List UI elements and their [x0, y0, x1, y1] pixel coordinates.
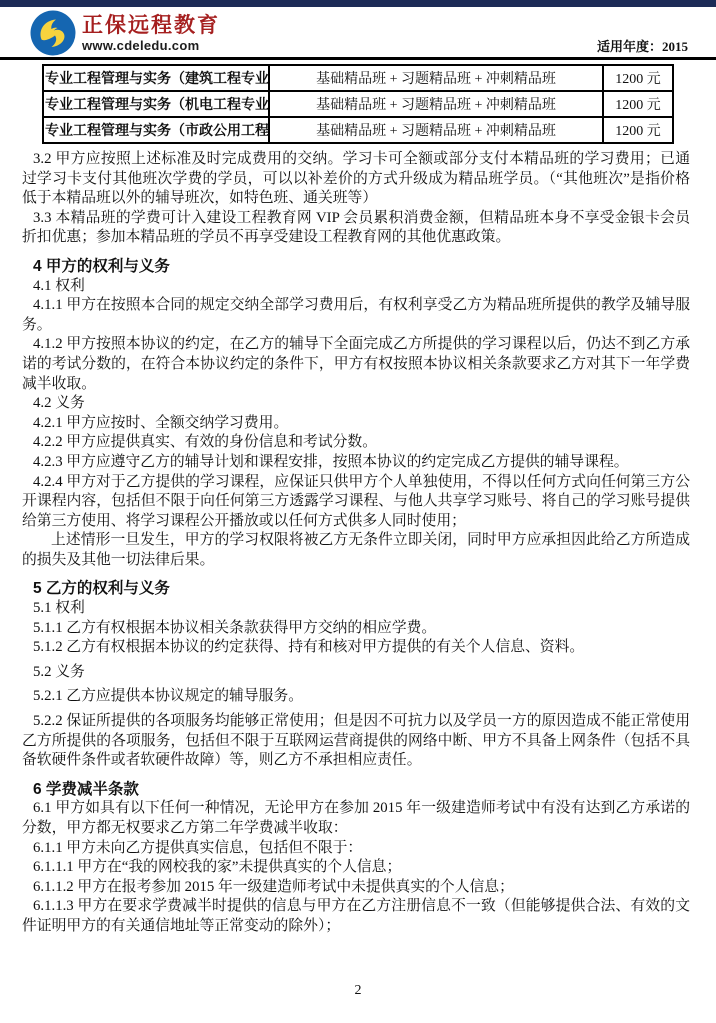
- brand-name: 正保远程教育: [82, 14, 220, 38]
- price-cell: 1200 元: [603, 117, 673, 143]
- paragraph: 4.2.4 甲方对于乙方提供的学习课程，应保证只供甲方个人单独使用，不得以任何方…: [22, 473, 690, 532]
- pricing-table: 专业工程管理与实务（建筑工程专业）基础精品班 + 习题精品班 + 冲刺精品班12…: [42, 64, 674, 144]
- course-name-cell: 专业工程管理与实务（建筑工程专业）: [43, 65, 269, 91]
- course-name-cell: 专业工程管理与实务（市政公用工程专业）: [43, 117, 269, 143]
- page-header: 正保远程教育 www.cdeledu.com 适用年度：2015: [0, 7, 716, 57]
- brand-block: 正保远程教育 www.cdeledu.com: [82, 14, 220, 54]
- price-cell: 1200 元: [603, 91, 673, 117]
- paragraph: 5.2 义务: [22, 663, 690, 683]
- top-accent-bar: [0, 0, 716, 7]
- paragraph: 3.3 本精品班的学费可计入建设工程教育网 VIP 会员累积消费金额，但精品班本…: [22, 209, 690, 248]
- paragraph: 4.1.2 甲方按照本协议的约定，在乙方的辅导下全面完成乙方所提供的学习课程以后…: [22, 335, 690, 394]
- table-row: 专业工程管理与实务（市政公用工程专业）基础精品班 + 习题精品班 + 冲刺精品班…: [43, 117, 673, 143]
- paragraph: 6.1 甲方如具有以下任何一种情况，无论甲方在参加 2015 年一级建造师考试中…: [22, 799, 690, 838]
- brand-url: www.cdeledu.com: [82, 38, 220, 54]
- paragraph: 上述情形一旦发生，甲方的学习权限将被乙方无条件立即关闭，同时甲方应承担因此给乙方…: [22, 531, 690, 570]
- paragraph: 3.2 甲方应按照上述标准及时完成费用的交纳。学习卡可全额或部分支付本精品班的学…: [22, 150, 690, 209]
- paragraph: 6.1.1.1 甲方在“我的网校我的家”未提供真实的个人信息；: [22, 858, 690, 878]
- page-number: 2: [0, 983, 716, 999]
- paragraph: 5.1.2 乙方有权根据本协议的约定获得、持有和核对甲方提供的有关个人信息、资料…: [22, 638, 690, 658]
- header-divider: [0, 57, 716, 60]
- class-package-cell: 基础精品班 + 习题精品班 + 冲刺精品班: [269, 65, 603, 91]
- section-heading: 4 甲方的权利与义务: [22, 257, 690, 277]
- class-package-cell: 基础精品班 + 习题精品班 + 冲刺精品班: [269, 117, 603, 143]
- paragraph: 5.1 权利: [22, 599, 690, 619]
- paragraph: 5.2.1 乙方应提供本协议规定的辅导服务。: [22, 687, 690, 707]
- paragraph: 4.1 权利: [22, 277, 690, 297]
- section-heading: 6 学费减半条款: [22, 780, 690, 800]
- paragraph: 4.2.3 甲方应遵守乙方的辅导计划和课程安排，按照本协议的约定完成乙方提供的辅…: [22, 453, 690, 473]
- section-heading: 5 乙方的权利与义务: [22, 579, 690, 599]
- paragraph: 6.1.1.3 甲方在要求学费减半时提供的信息与甲方在乙方注册信息不一致（但能够…: [22, 897, 690, 936]
- paragraph: 4.2.2 甲方应提供真实、有效的身份信息和考试分数。: [22, 433, 690, 453]
- class-package-cell: 基础精品班 + 习题精品班 + 冲刺精品班: [269, 91, 603, 117]
- table-row: 专业工程管理与实务（建筑工程专业）基础精品班 + 习题精品班 + 冲刺精品班12…: [43, 65, 673, 91]
- paragraph: 4.1.1 甲方在按照本合同的规定交纳全部学习费用后，有权利享受乙方为精品班所提…: [22, 296, 690, 335]
- paragraph: 4.2.1 甲方应按时、全额交纳学习费用。: [22, 414, 690, 434]
- course-name-cell: 专业工程管理与实务（机电工程专业）: [43, 91, 269, 117]
- applicable-year-label: 适用年度：2015: [597, 36, 688, 55]
- paragraph: 5.2.2 保证所提供的各项服务均能够正常使用；但是因不可抗力以及学员一方的原因…: [22, 712, 690, 771]
- brand-logo-icon: [30, 10, 76, 56]
- pricing-table-body: 专业工程管理与实务（建筑工程专业）基础精品班 + 习题精品班 + 冲刺精品班12…: [43, 65, 673, 143]
- paragraph: 6.1.1.2 甲方在报考参加 2015 年一级建造师考试中未提供真实的个人信息…: [22, 878, 690, 898]
- document-body: 3.2 甲方应按照上述标准及时完成费用的交纳。学习卡可全额或部分支付本精品班的学…: [0, 144, 716, 937]
- paragraph: 4.2 义务: [22, 394, 690, 414]
- paragraph: 6.1.1 甲方未向乙方提供真实信息，包括但不限于：: [22, 839, 690, 859]
- price-cell: 1200 元: [603, 65, 673, 91]
- table-row: 专业工程管理与实务（机电工程专业）基础精品班 + 习题精品班 + 冲刺精品班12…: [43, 91, 673, 117]
- paragraph: 5.1.1 乙方有权根据本协议相关条款获得甲方交纳的相应学费。: [22, 619, 690, 639]
